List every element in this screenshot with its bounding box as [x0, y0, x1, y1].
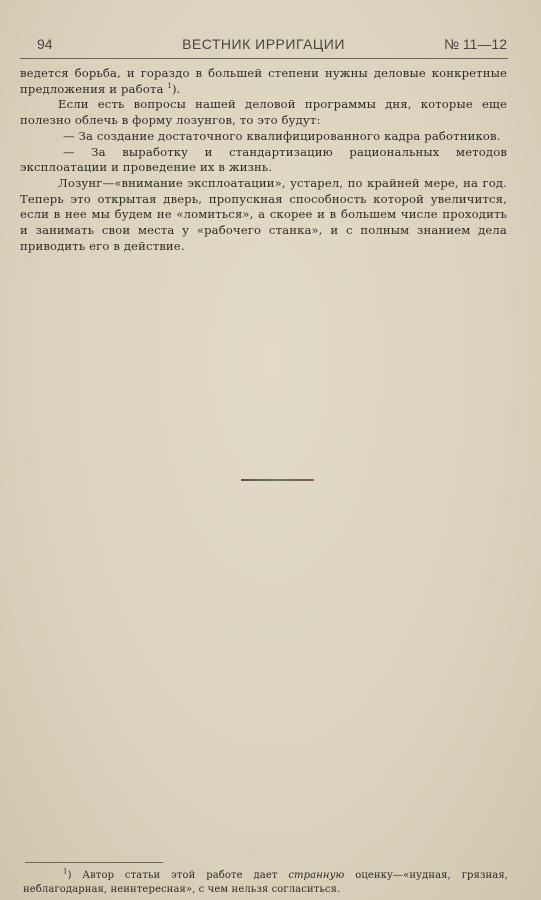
journal-title: ВЕСТНИК ИРРИГАЦИИ [20, 36, 507, 52]
footnote-rule [25, 862, 163, 863]
slogan-1: — За создание достаточного квалифицирова… [20, 129, 507, 145]
paragraph-1-text: ведется борьба, и гораздо в большей степ… [20, 66, 507, 96]
article-body: ведется борьба, и гораздо в большей степ… [20, 66, 507, 254]
scanned-page: 94 ВЕСТНИК ИРРИГАЦИИ № 11—12 ведется бор… [0, 0, 541, 900]
paragraph-3: Лозунг—«внимание эксплоатации», устарел,… [20, 176, 507, 255]
header-rule [20, 58, 508, 59]
footnote: 1) Автор статьи этой работе дает странну… [23, 869, 508, 897]
paragraph-2: Если есть вопросы нашей деловой программ… [20, 97, 507, 128]
paragraph-1: ведется борьба, и гораздо в большей степ… [20, 66, 507, 97]
footnote-text: 1) Автор статьи этой работе дает странну… [23, 869, 508, 897]
paragraph-1-end: ). [172, 82, 181, 96]
running-header: 94 ВЕСТНИК ИРРИГАЦИИ № 11—12 [20, 36, 507, 52]
slogan-2: — За выработку и стандартизацию рационал… [20, 145, 507, 176]
footnote-emphasis: странную [288, 870, 344, 881]
section-separator [241, 479, 314, 481]
issue-number: № 11—12 [444, 36, 507, 52]
footnote-text-before: ) Автор статьи этой работе дает [68, 870, 289, 881]
